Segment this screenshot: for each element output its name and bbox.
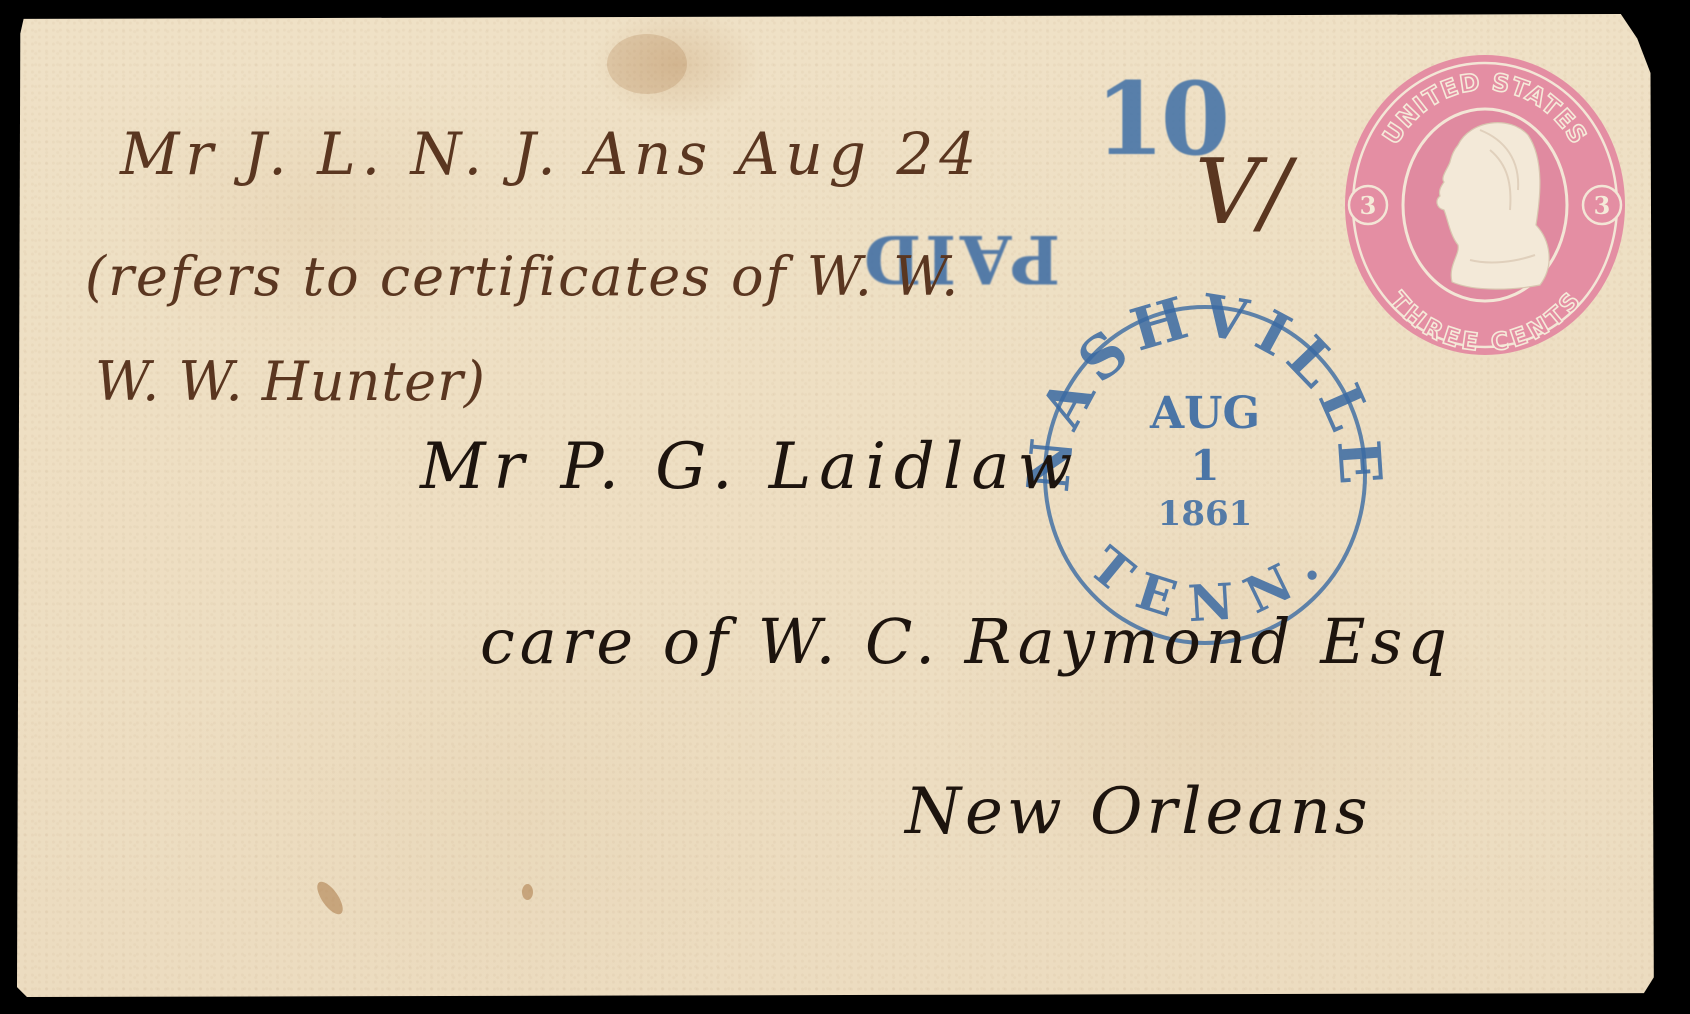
postmark-year: 1861 — [1158, 494, 1253, 534]
docket-line-2: (refers to certificates of W. W. — [85, 245, 960, 308]
address-city: New Orleans — [905, 775, 1372, 849]
stamp-value-left: 3 — [1360, 191, 1377, 220]
stain-top — [607, 34, 687, 94]
docket-line-3: W. W. Hunter) — [95, 350, 486, 413]
stain-bottom-dot — [522, 884, 533, 900]
postmark-month: AUG — [1149, 388, 1260, 439]
docket-line-1: Mr J. L. N. J. Ans Aug 24 — [120, 120, 982, 188]
address-addressee: Mr P. G. Laidlaw — [420, 430, 1080, 504]
stain-bottom-left — [313, 878, 348, 918]
address-care-of: care of W. C. Raymond Esq — [480, 605, 1452, 678]
docket-check-mark: V/ — [1195, 140, 1290, 245]
stamp-value-right: 3 — [1594, 191, 1611, 220]
postmark-day: 1 — [1190, 441, 1219, 490]
